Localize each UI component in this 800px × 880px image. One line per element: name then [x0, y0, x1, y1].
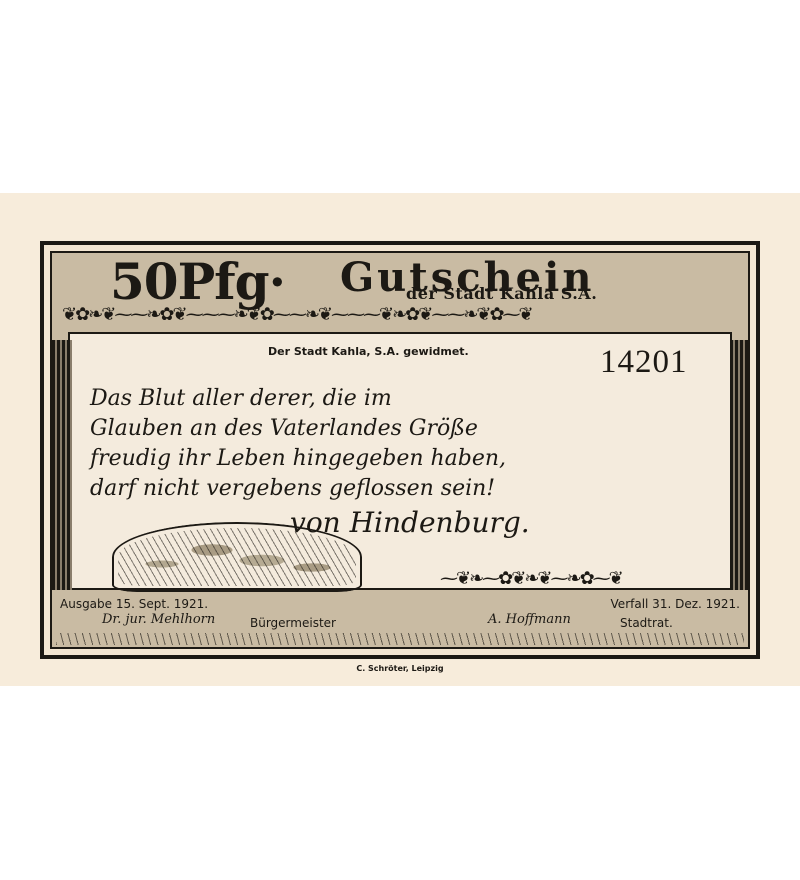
serial-number: 14201 — [600, 344, 688, 381]
mayor-signature: Dr. jur. Mehlhorn — [102, 612, 215, 627]
council-title: Stadtrat. — [620, 616, 673, 630]
quote-line: Glauben an des Vaterlandes Größe — [90, 414, 730, 444]
council-signature: A. Hoffmann — [488, 612, 571, 627]
hindenburg-quote: Das Blut aller derer, die im Glauben an … — [90, 384, 730, 504]
oak-bush-icon — [112, 522, 362, 592]
denomination: 50Pfg· — [110, 254, 285, 310]
grass-icon — [56, 633, 744, 645]
printer-imprint: C. Schröter, Leipzig — [0, 664, 800, 673]
mayor-title: Bürgermeister — [250, 616, 336, 630]
title-block: 50Pfg· Gutschein der Stadt Kahla S.A. — [110, 252, 710, 312]
dedication: Der Stadt Kahla, S.A. gewidmet. — [268, 345, 469, 358]
vine-trunk-right-icon — [730, 340, 748, 590]
ivy-leaf-icon: ⁓❦❧⁓✿❦❧❦⁓❧✿⁓❦ — [440, 570, 622, 588]
ivy-leaf-icon: ❦✿❧❦⁓⁓❧✿❦⁓⁓⁓❧❦✿⁓⁓❧❦⁓⁓⁓❦❧✿❦⁓⁓❧❦✿⁓❦ — [62, 306, 532, 324]
quote-line: Das Blut aller derer, die im — [90, 384, 730, 414]
issue-date: Ausgabe 15. Sept. 1921. — [60, 597, 208, 611]
quote-line: freudig ihr Leben hingegeben haben, — [90, 444, 730, 474]
expiry-date: Verfall 31. Dez. 1921. — [611, 597, 740, 611]
vine-trunk-left-icon — [52, 340, 72, 590]
footer-band: Ausgabe 15. Sept. 1921. Verfall 31. Dez.… — [52, 592, 748, 647]
issuer-line: der Stadt Kahla S.A. — [406, 284, 597, 303]
quote-line: darf nicht vergebens geflossen sein! — [90, 474, 730, 504]
